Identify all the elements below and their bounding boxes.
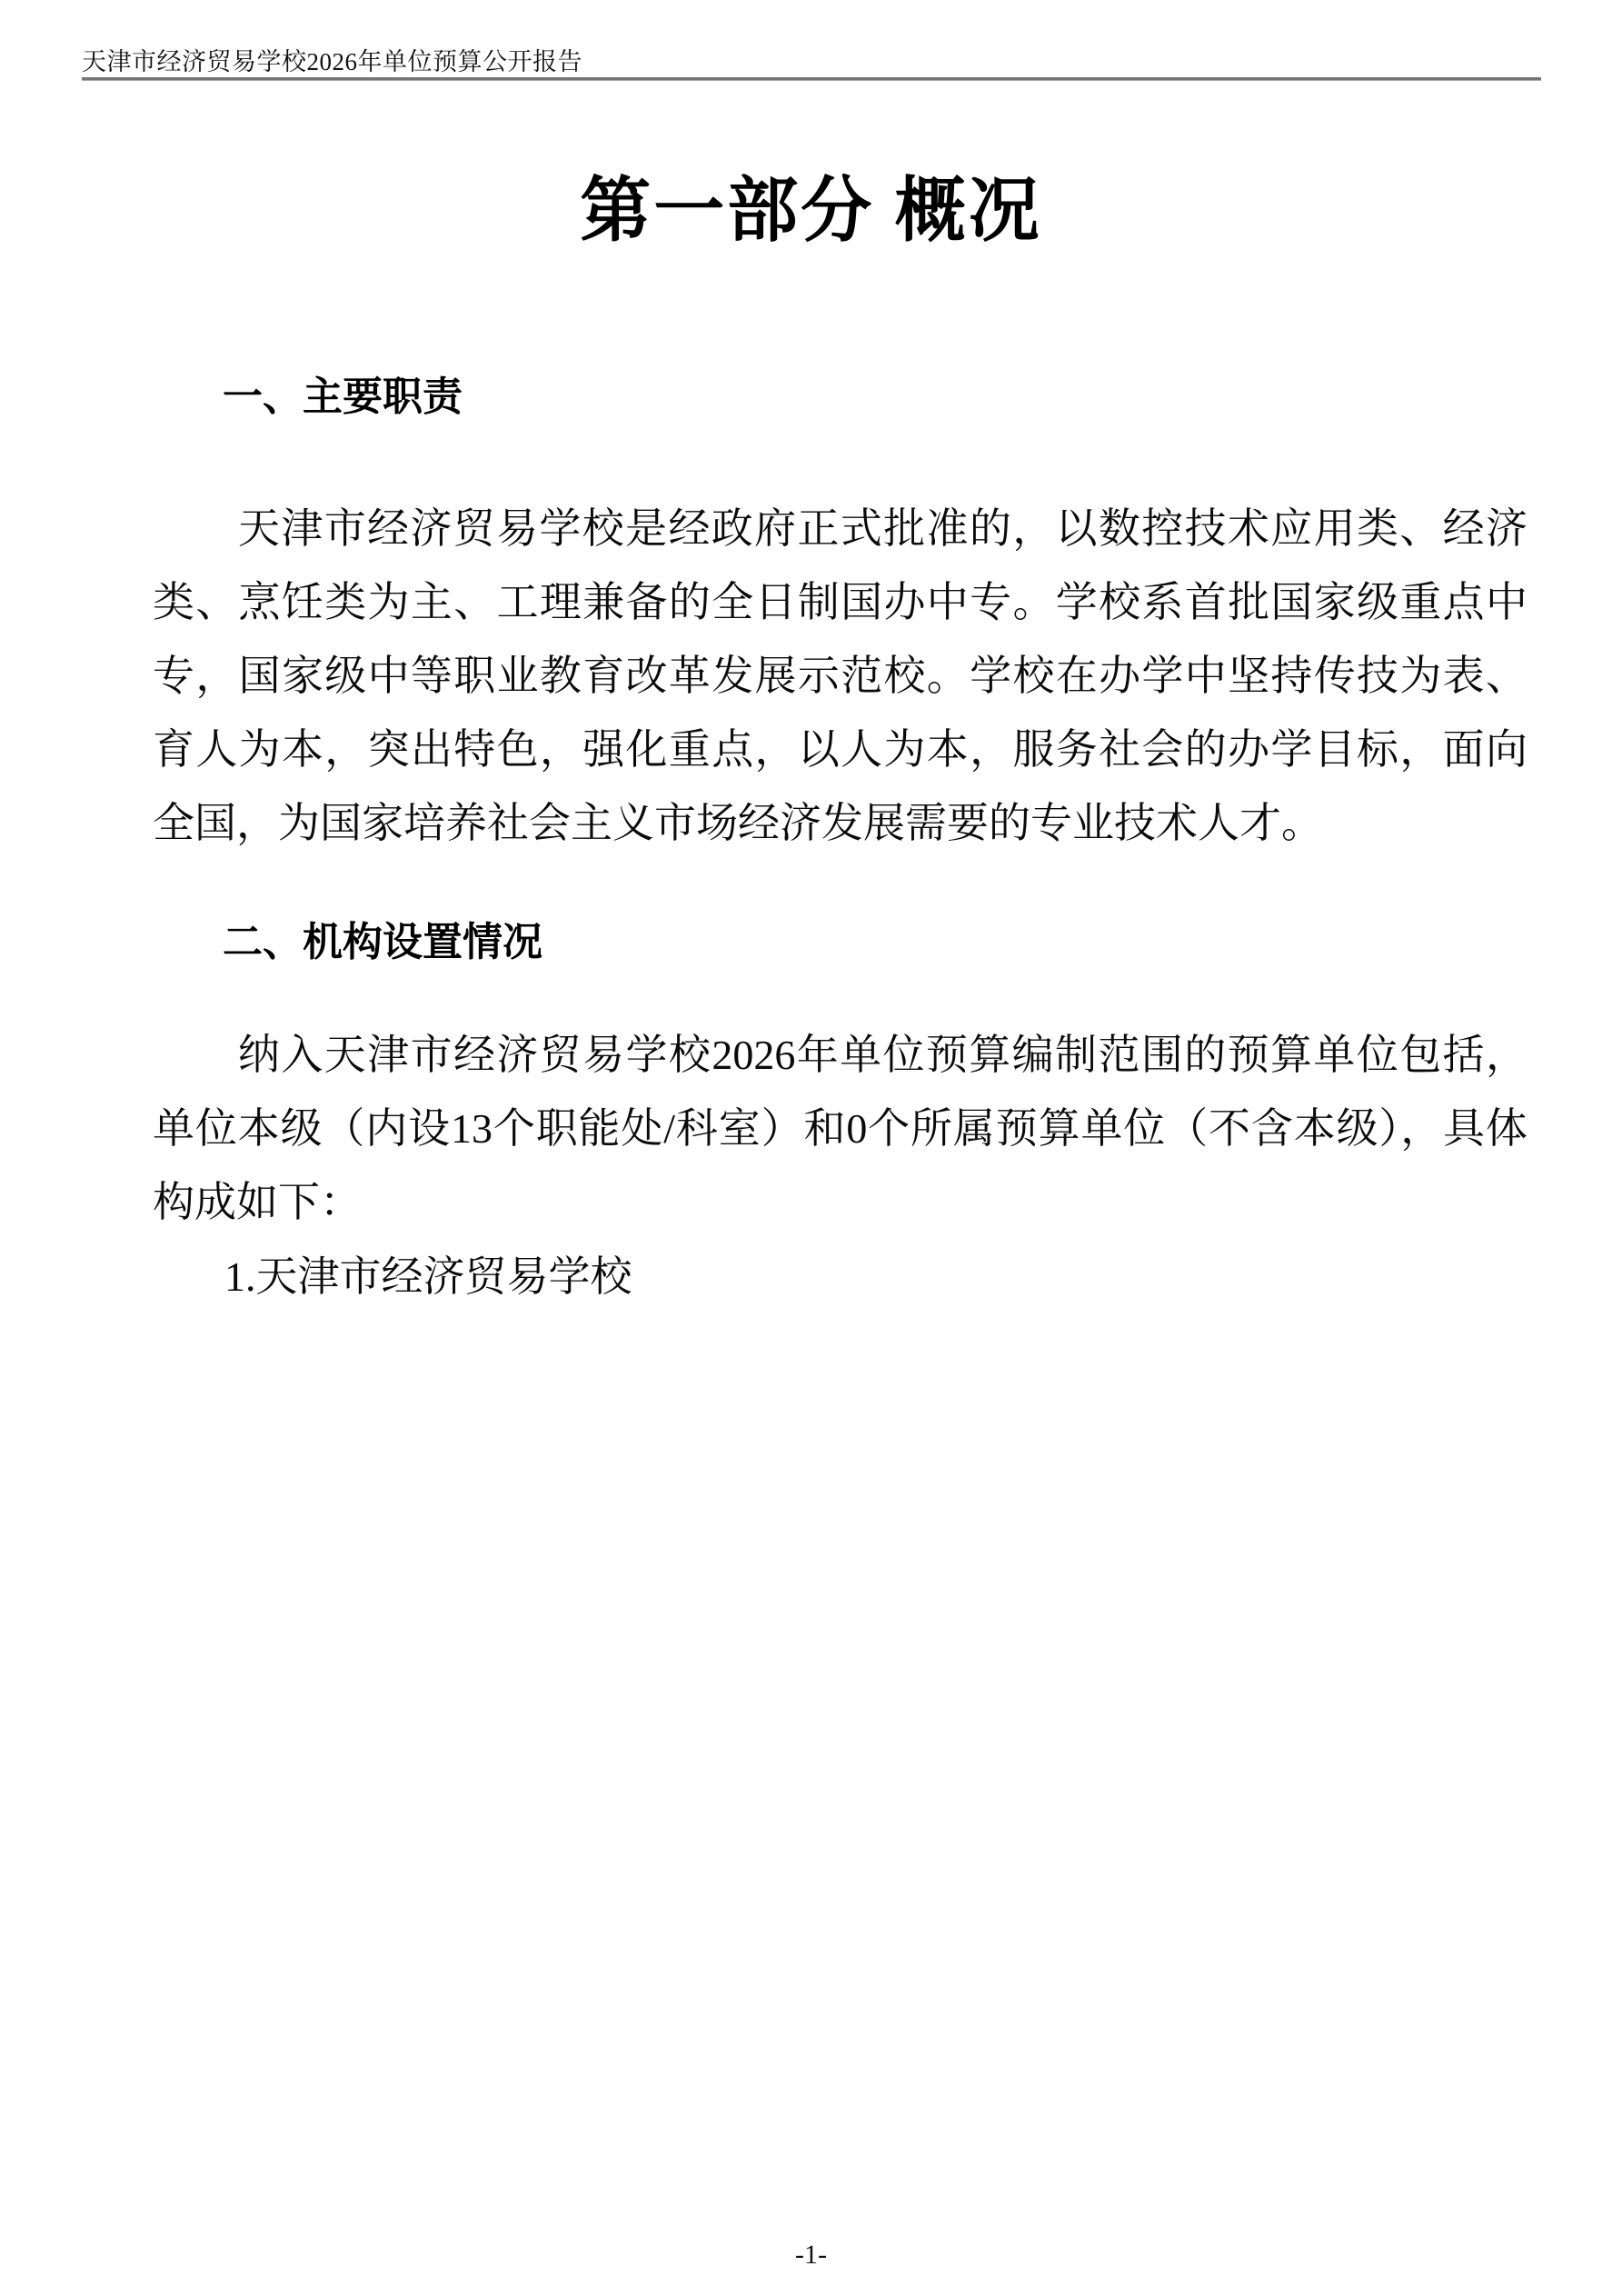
section-1-paragraph: 天津市经济贸易学校是经政府正式批准的，以数控技术应用类、经济类、烹饪类为主、工理… xyxy=(153,492,1527,860)
section-1-heading: 一、主要职责 xyxy=(223,374,463,420)
page-number: -1- xyxy=(0,2240,1622,2271)
section-2-heading: 二、机构设置情况 xyxy=(223,920,542,965)
section-2-paragraph: 纳入天津市经济贸易学校2026年单位预算编制范围的预算单位包括，单位本级（内设1… xyxy=(153,1018,1527,1239)
page-header-title: 天津市经济贸易学校2026年单位预算公开报告 xyxy=(82,42,582,77)
header-divider xyxy=(82,77,1541,81)
document-title: 第一部分 概况 xyxy=(0,169,1622,253)
section-2-item: 1.天津市经济贸易学校 xyxy=(224,1240,632,1313)
document-page: 天津市经济贸易学校2026年单位预算公开报告 第一部分 概况 一、主要职责 天津… xyxy=(0,0,1622,2296)
